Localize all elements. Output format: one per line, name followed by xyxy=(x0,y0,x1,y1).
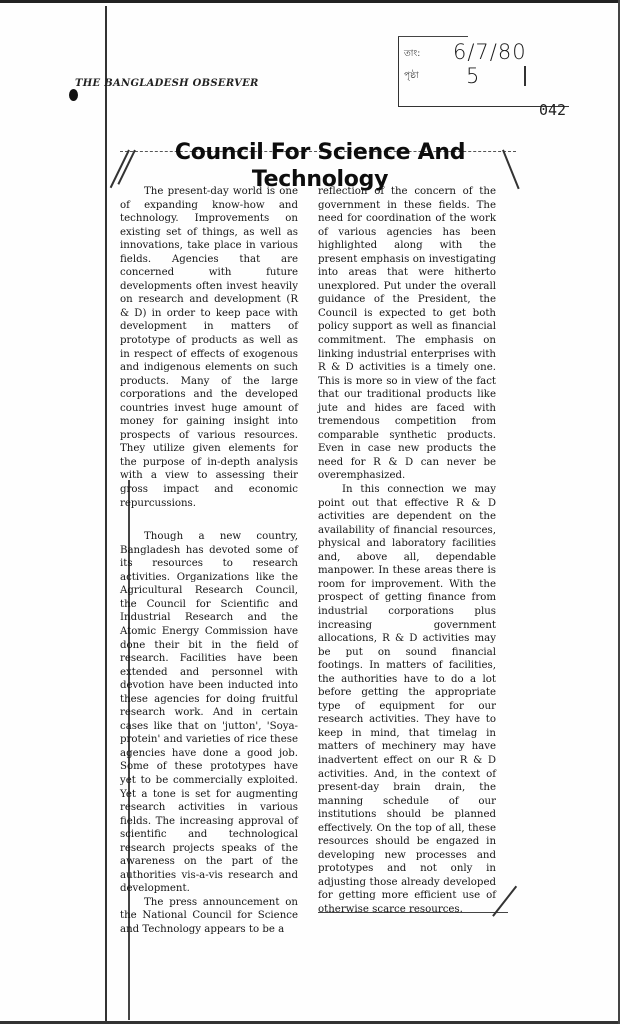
stamp-top-rule xyxy=(398,36,468,37)
stamp-page-label: পৃষ্ঠা xyxy=(404,68,419,83)
paragraph: The present-day world is one of expandin… xyxy=(120,185,298,510)
article-column-right: reflection of the concern of the governm… xyxy=(318,185,496,917)
stamp-date-label: তাং: xyxy=(404,46,420,61)
scanned-page: THE BANGLADESH OBSERVER তাং: 6/7/80 পৃষ্… xyxy=(0,0,620,1024)
pen-mark-right xyxy=(502,150,519,190)
stamp-page-value: 5 xyxy=(466,64,479,88)
stamp-date-value: 6/7/80 xyxy=(453,40,527,64)
paragraph: reflection of the concern of the governm… xyxy=(318,185,496,483)
paragraph: Though a new country, Bangladesh has dev… xyxy=(120,530,298,896)
paragraph: The press announcement on the National C… xyxy=(120,896,298,937)
file-number: 042 xyxy=(539,101,566,119)
newspaper-masthead: THE BANGLADESH OBSERVER xyxy=(75,78,259,89)
article-end-rule xyxy=(318,912,508,913)
ink-blot xyxy=(69,89,78,101)
margin-rule xyxy=(105,6,107,1021)
scan-border-top xyxy=(0,0,620,3)
stamp-tick-mark xyxy=(524,66,526,86)
paragraph: In this connection we may point out that… xyxy=(318,483,496,917)
article-column-left: The present-day world is one of expandin… xyxy=(120,185,298,937)
